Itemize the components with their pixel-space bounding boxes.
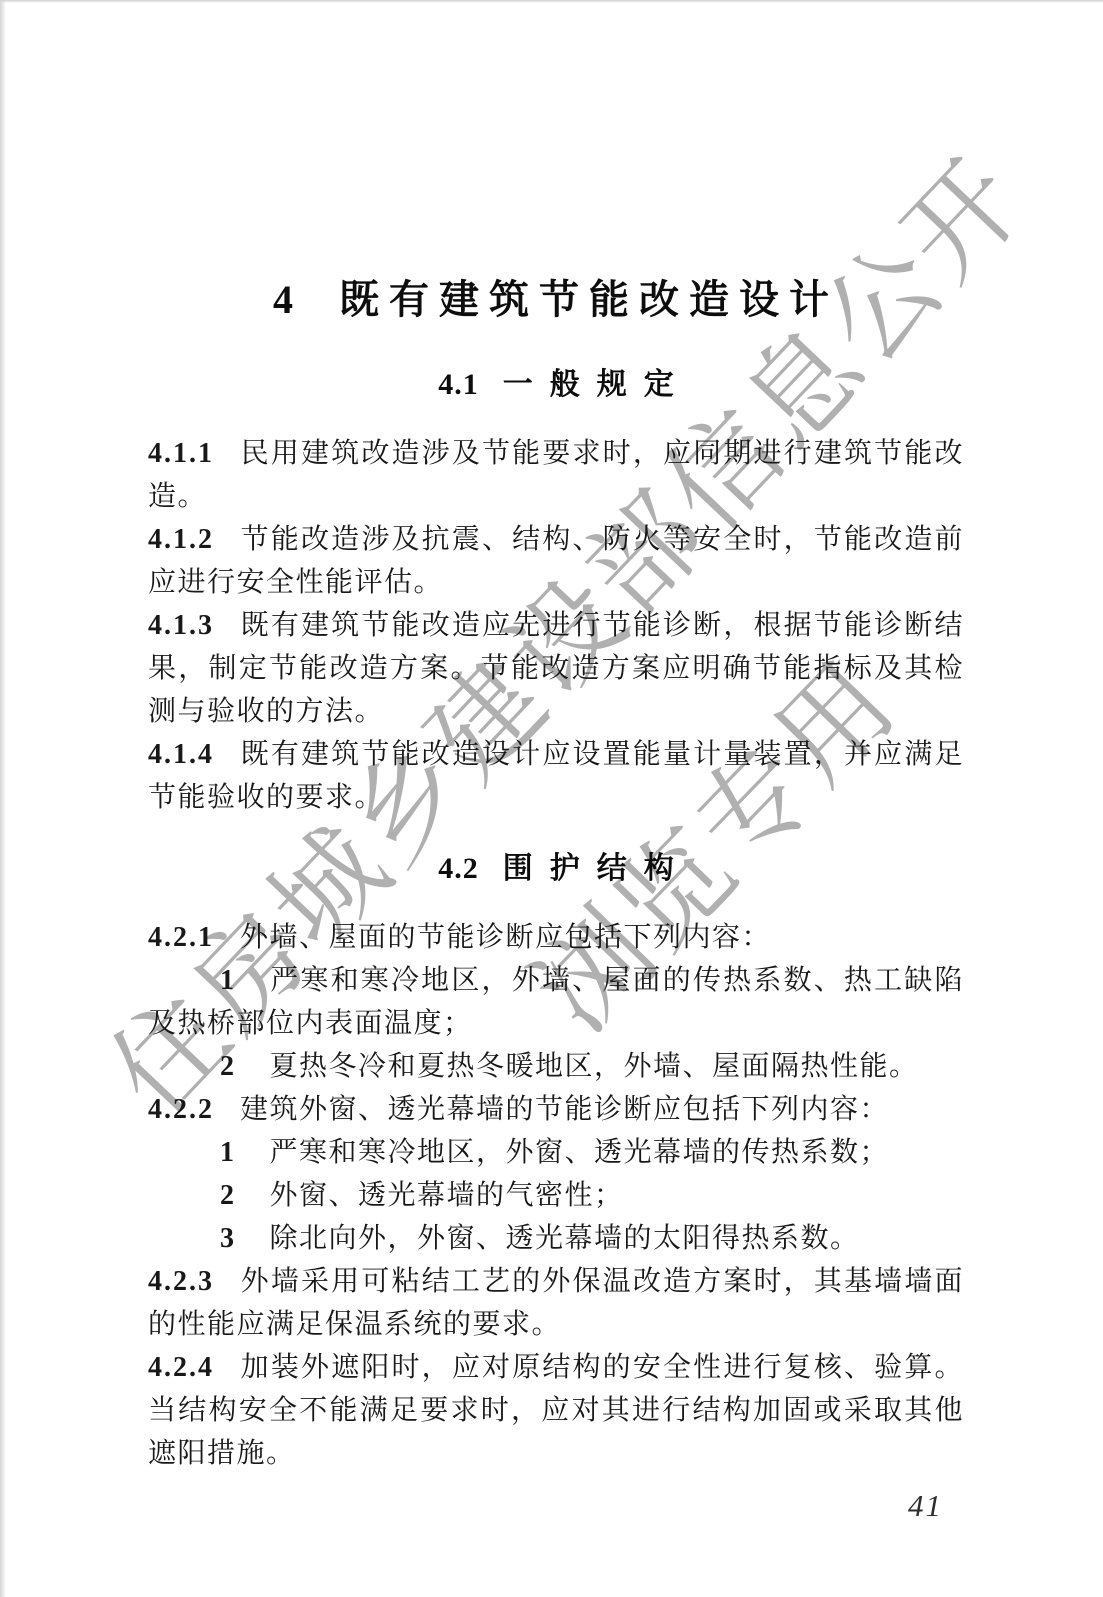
item-text: 外窗、透光幕墙的气密性； [270, 1180, 624, 1211]
item-number: 1 [220, 965, 236, 996]
clause-label: 4.1.2 [148, 524, 214, 555]
clause-4-2-1-item-2: 2夏热冬冷和夏热冬暖地区，外墙、屋面隔热性能。 [148, 1045, 964, 1088]
clause-4-2-2-item-1: 1严寒和寒冷地区，外窗、透光幕墙的传热系数； [148, 1131, 964, 1174]
clause-4-2-3: 4.2.3外墙采用可粘结工艺的外保温改造方案时，其基墙墙面的性能应满足保温系统的… [148, 1260, 964, 1346]
section-number: 4.1 [438, 368, 479, 401]
item-number: 3 [220, 1223, 236, 1254]
clause-4-1-4: 4.1.4既有建筑节能改造设计应设置能量计量装置，并应满足节能验收的要求。 [148, 733, 964, 819]
clause-4-2-1-item-1: 1严寒和寒冷地区，外墙、屋面的传热系数、热工缺陷及热桥部位内表面温度； [148, 959, 964, 1045]
clause-text: 既有建筑节能改造应先进行节能诊断，根据节能诊断结果，制定节能改造方案。节能改造方… [148, 610, 964, 727]
clause-label: 4.2.1 [148, 922, 214, 953]
clause-text: 加装外遮阳时，应对原结构的安全性进行复核、验算。当结构安全不能满足要求时，应对其… [148, 1352, 964, 1469]
chapter-title-text: 既有建筑节能改造设计 [339, 277, 839, 322]
page-number: 41 [908, 1488, 943, 1524]
item-number: 1 [220, 1137, 236, 1168]
chapter-heading: 4既有建筑节能改造设计 [148, 278, 964, 322]
clause-text: 建筑外窗、透光幕墙的节能诊断应包括下列内容： [240, 1094, 889, 1125]
clause-text: 外墙、屋面的节能诊断应包括下列内容： [240, 922, 771, 953]
clause-label: 4.2.2 [148, 1094, 214, 1125]
scan-edge-top [0, 0, 1103, 3]
clause-4-1-2: 4.1.2节能改造涉及抗震、结构、防火等安全时，节能改造前应进行安全性能评估。 [148, 518, 964, 604]
item-text: 夏热冬冷和夏热冬暖地区，外墙、屋面隔热性能。 [270, 1051, 919, 1082]
scan-edge-left [0, 0, 6, 1597]
chapter-number: 4 [273, 277, 293, 322]
clause-4-2-2-item-3: 3除北向外，外窗、透光幕墙的太阳得热系数。 [148, 1217, 964, 1260]
clause-text: 外墙采用可粘结工艺的外保温改造方案时，其基墙墙面的性能应满足保温系统的要求。 [148, 1266, 964, 1340]
clause-label: 4.1.1 [148, 438, 214, 469]
clause-text: 民用建筑改造涉及节能要求时，应同期进行建筑节能改造。 [148, 438, 964, 512]
clause-4-2-1: 4.2.1外墙、屋面的节能诊断应包括下列内容： [148, 916, 964, 959]
item-text: 除北向外，外窗、透光幕墙的太阳得热系数。 [270, 1223, 860, 1254]
item-text: 严寒和寒冷地区，外窗、透光幕墙的传热系数； [270, 1137, 890, 1168]
item-number: 2 [220, 1051, 236, 1082]
clause-4-2-2-item-2: 2外窗、透光幕墙的气密性； [148, 1174, 964, 1217]
section-title: 围护结构 [503, 852, 691, 885]
item-number: 2 [220, 1180, 236, 1211]
clause-label: 4.2.4 [148, 1352, 214, 1383]
section-heading-4-2: 4.2围护结构 [148, 852, 964, 886]
clause-4-2-2: 4.2.2建筑外窗、透光幕墙的节能诊断应包括下列内容： [148, 1088, 964, 1131]
clause-label: 4.1.3 [148, 610, 214, 641]
clause-4-2-4: 4.2.4加装外遮阳时，应对原结构的安全性进行复核、验算。当结构安全不能满足要求… [148, 1346, 964, 1475]
section-number: 4.2 [438, 852, 479, 885]
clause-text: 节能改造涉及抗震、结构、防火等安全时，节能改造前应进行安全性能评估。 [148, 524, 964, 598]
document-page: 住房城乡建设部信息公开 浏览专用 4既有建筑节能改造设计 4.1一般规定 4.1… [0, 0, 1103, 1597]
section-heading-4-1: 4.1一般规定 [148, 368, 964, 402]
item-text: 严寒和寒冷地区，外墙、屋面的传热系数、热工缺陷及热桥部位内表面温度； [148, 965, 964, 1039]
section-title: 一般规定 [503, 368, 691, 401]
clause-4-1-3: 4.1.3既有建筑节能改造应先进行节能诊断，根据节能诊断结果，制定节能改造方案。… [148, 604, 964, 733]
clause-label: 4.1.4 [148, 739, 214, 770]
clause-text: 既有建筑节能改造设计应设置能量计量装置，并应满足节能验收的要求。 [148, 739, 964, 813]
clause-4-1-1: 4.1.1民用建筑改造涉及节能要求时，应同期进行建筑节能改造。 [148, 432, 964, 518]
clause-label: 4.2.3 [148, 1266, 214, 1297]
page-content: 4既有建筑节能改造设计 4.1一般规定 4.1.1民用建筑改造涉及节能要求时，应… [148, 0, 964, 1475]
